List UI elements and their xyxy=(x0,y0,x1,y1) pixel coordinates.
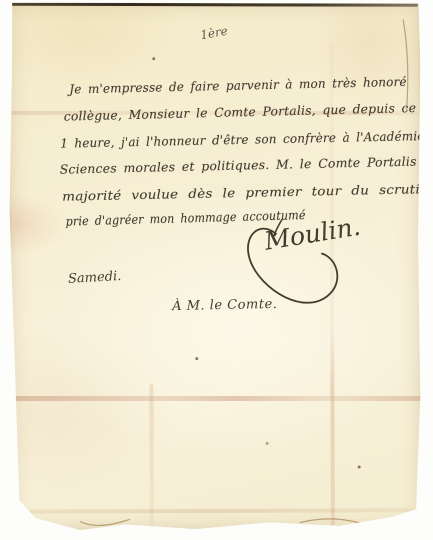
fold-crease-horizontal-lower xyxy=(9,396,421,401)
paper-top-edge-shadow xyxy=(10,3,418,7)
signature-name: Moulin. xyxy=(261,212,362,256)
paper-speck xyxy=(266,442,269,445)
bottom-left-corner-curl xyxy=(80,519,130,525)
address-line: À M. le Comte. xyxy=(172,297,278,314)
paper-speck xyxy=(152,57,155,60)
fold-crease-horizontal-bottom xyxy=(18,508,414,513)
right-edge-crease xyxy=(403,19,408,111)
page-number-annotation: 1ère xyxy=(199,24,229,43)
manuscript-line: collègue, Monsieur le Comte Portalis, qu… xyxy=(64,100,433,124)
manuscript-line: majorité voulue dès le premier tour du s… xyxy=(62,181,433,204)
manuscript-line: Je m'empresse de faire parvenir à mon tr… xyxy=(69,75,407,97)
paper-speck xyxy=(358,465,361,468)
dateline: Samedi. xyxy=(68,269,122,287)
manuscript-line: 1 heure, j'ai l'honneur d'être son confr… xyxy=(60,128,433,150)
photograph-background: 1ère Je m'empresse de faire parvenir à m… xyxy=(0,0,433,540)
manuscript-line: Sciences morales et politiques. M. le Co… xyxy=(60,153,433,176)
paper-speck xyxy=(195,357,198,360)
letter-paper: 1ère Je m'empresse de faire parvenir à m… xyxy=(8,1,422,530)
bottom-right-edge-wave xyxy=(300,513,418,525)
fold-crease-vertical-left xyxy=(149,384,153,526)
